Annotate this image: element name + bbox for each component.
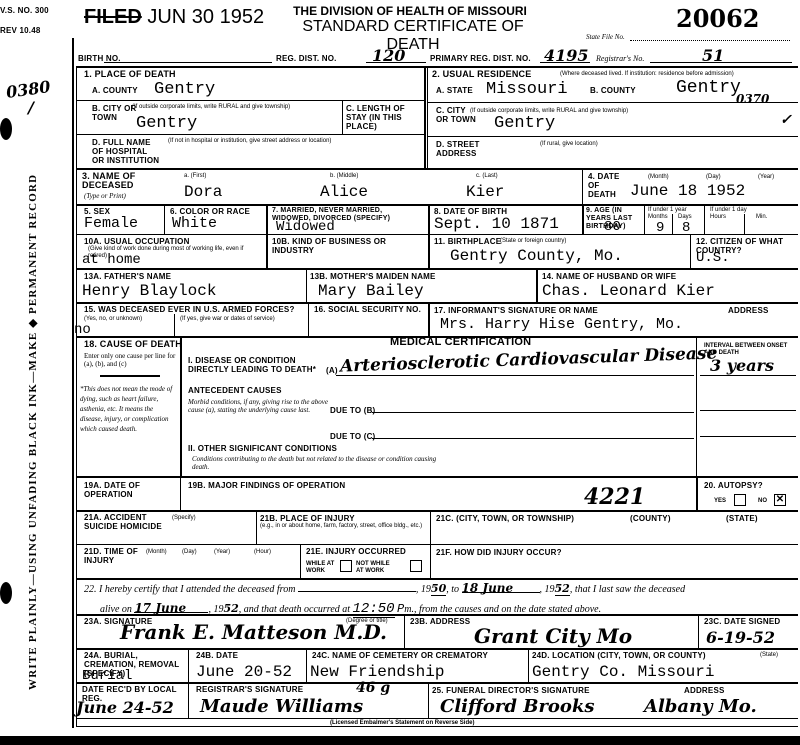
operation-date-label: 19a. DATE OF OPERATION [84,481,174,499]
burial-date-value: June 20-52 [196,664,292,680]
cert-to-year: 52 [555,582,570,596]
residence-street-note: (If rural, give location) [540,141,598,148]
death-county-value: Gentry [154,82,215,98]
cert-to-century: 19 [545,584,555,595]
cert-text-1: 22. I hereby certify that I attended the… [84,584,295,595]
cert-alive-on: 17 June [134,604,208,613]
institution-note: (If not in hospital or institution, give… [168,138,418,145]
father-name-value: Henry Blaylock [82,283,216,299]
date-of-death-label: 4. DATE OF DEATH [588,172,628,199]
business-label: 10b. KIND OF BUSINESS OR INDUSTRY [272,237,422,255]
line-a-label: (a) [326,366,338,375]
registrar-code: 46 g [356,680,390,696]
citizenship-value: U.S. [696,250,730,266]
punch-hole [0,118,12,140]
filed-stamp: FILED JUN 30 1952 [84,6,264,29]
antecedent-note: Morbid conditions, if any, giving rise t… [188,398,328,414]
spouse-name-value: Chas. Leonard Kier [542,283,715,299]
birthplace-value: Gentry County, Mo. [450,248,623,264]
injury-place-note: (e.g., in or about home, farm, factory, … [260,523,430,530]
dod-month-label: (Month) [648,174,669,181]
injury-place-label: 21b. PLACE OF INJURY [260,514,355,523]
medical-certification-title: MEDICAL CERTIFICATION [390,338,531,347]
under-one-day-label: If under 1 day [710,207,747,214]
date-received-value: June 24-52 [76,698,174,717]
date-of-death-value: June 18 1952 [630,183,745,199]
injury-type-label: 21a. ACCIDENT SUICIDE HOMICIDE [84,513,164,531]
autopsy-yes-checkbox[interactable] [734,494,746,506]
not-at-work-checkbox[interactable] [410,560,422,572]
first-name-value: Dora [184,184,222,200]
antecedent-label: ANTECEDENT CAUSES [188,386,282,395]
filed-date: JUN 30 1952 [147,6,264,28]
institution-label: d. FULL NAME OF HOSPITAL OR INSTITUTION [92,138,162,165]
sex-value: Female [84,216,138,232]
at-work-checkbox[interactable] [340,560,352,572]
marital-status-value: Widowed [276,219,335,235]
residence-heading-note: (Where deceased lived. If institution: r… [560,71,796,78]
funeral-director-signature: Clifford Brooks [440,696,595,717]
stay-length-label: c. LENGTH OF STAY (in this place) [346,104,422,131]
autopsy-label: 20. AUTOPSY? [704,481,763,490]
informant-address-label: ADDRESS [728,306,769,315]
middle-name-label: b. (Middle) [330,173,358,180]
not-at-work-label: NOT WHILE AT WORK [356,561,394,575]
registrar-signature-label: REGISTRAR'S SIGNATURE [196,685,303,694]
operation-findings-label: 19b. MAJOR FINDINGS OF OPERATION [188,481,345,490]
spouse-name-label: 14. NAME OF HUSBAND OR WIFE [542,272,676,281]
mother-name-value: Mary Bailey [318,283,424,299]
degree-label: (Degree or title) [346,618,388,625]
margin-tick: / [28,98,34,117]
other-conditions-note: Conditions contributing to the death but… [192,455,452,471]
certificate-number: 20062 [676,4,760,33]
place-of-death-heading: 1. PLACE OF DEATH [84,70,176,79]
last-name-label: c. (Last) [476,173,498,180]
occupation-label: 10a. USUAL OCCUPATION [84,237,190,246]
hours-label: Hours [710,214,726,221]
margin-instructions: WRITE PLAINLY—USING UNFADING BLACK INK—M… [26,174,39,690]
residence-state-value: Missouri [486,82,568,98]
residence-county-code: 0370 [736,92,769,106]
agency-name: THE DIVISION OF HEALTH OF MISSOURI [290,4,530,18]
death-city-value: Gentry [136,116,197,132]
injury-city-label: 21c. (CITY, TOWN, OR TOWNSHIP) [436,514,574,523]
armed-forces-note-1: (Yes, no, or unknown) [84,316,142,323]
state-file-label: State File No. [586,33,625,41]
mother-name-label: 13b. MOTHER'S MAIDEN NAME [310,272,436,281]
informant-label: 17. INFORMANT'S SIGNATURE OR NAME [434,306,598,315]
birthplace-label: 11. BIRTHPLACE [434,237,501,246]
primary-reg-label: PRIMARY REG. DIST. NO. [430,54,531,63]
date-signed-value: 6-19-52 [706,628,775,647]
injury-specify-label: (Specify) [172,515,196,522]
armed-forces-label: 15. WAS DECEASED EVER IN U.S. ARMED FORC… [84,305,295,314]
physician-address-label: 23b. ADDRESS [410,617,470,626]
informant-value: Mrs. Harry Hise Gentry, Mo. [440,317,683,333]
injury-month-label: (Month) [146,549,167,556]
injury-state-label: (STATE) [726,514,758,523]
last-name-value: Kier [466,184,504,200]
injury-time-label: 21d. TIME OF INJURY [84,547,144,565]
embalmer-note: (Licensed Embalmer's Statement on Revers… [330,720,474,727]
death-county-label: a. COUNTY [92,86,138,95]
under-one-year-label: If under 1 year [648,207,687,214]
injury-day-label: (Day) [182,549,197,556]
registrar-signature: Maude Williams [200,696,363,717]
injury-hour-label: (Hour) [254,549,271,556]
cert-text-2: that I last saw the deceased [575,584,685,595]
cert-to-date: 18 June [462,584,540,593]
residence-county-label: b. COUNTY [590,86,636,95]
residence-state-label: a. STATE [436,86,473,95]
cemetery-value: New Friendship [310,664,444,680]
date-of-birth-value: Sept. 10 1871 [434,216,559,232]
first-name-label: a. (First) [184,173,206,180]
registrar-no-label: Registrar's No. [596,55,644,63]
burial-location-label: 24d. LOCATION (City, town, or county) [532,651,706,660]
other-conditions-label: II. OTHER SIGNIFICANT CONDITIONS [188,444,337,453]
autopsy-no-checkbox[interactable]: ✕ [774,494,786,506]
burial-date-label: 24b. DATE [196,651,238,660]
minutes-label: Min. [756,214,767,221]
dod-day-label: (Day) [706,174,721,181]
cause-instructions: Enter only one cause per line for (a), (… [84,352,176,368]
injury-year-label: (Year) [214,549,230,556]
death-city-note: (If outside corporate limits, write RURA… [132,104,332,111]
deceased-name-label: 3. NAME OF DECEASED [82,172,152,190]
father-name-label: 13a. FATHER'S NAME [84,272,171,281]
residence-city-value: Gentry [494,116,555,132]
injury-how-label: 21f. HOW DID INJURY OCCUR? [436,548,562,557]
race-value: White [172,216,217,232]
funeral-address-label: ADDRESS [684,686,725,695]
physician-address: Grant City Mo [474,624,632,648]
cause-footnote: *This does not mean the mode of dying, s… [80,384,176,434]
scan-border [0,736,800,745]
residence-street-label: d. STREET ADDRESS [436,140,486,158]
armed-forces-note-2: (If yes, give war or dates of service) [180,316,275,323]
form-number: V.S. No. 300 [0,6,49,15]
funeral-director-label: 25. FUNERAL DIRECTOR'S SIGNATURE [432,686,590,695]
residence-check-mark: ✓ [780,112,792,128]
dod-year-label: (Year) [758,174,774,181]
middle-name-value: Alice [320,184,368,200]
injury-county-label: (COUNTY) [630,514,671,523]
residence-heading: 2. USUAL RESIDENCE [432,70,531,79]
social-security-label: 16. SOCIAL SECURITY NO. [314,305,424,314]
birthplace-note: (State or foreign country) [500,238,566,245]
burial-location-state-label: (State) [760,652,778,659]
cert-to-label: to [451,584,459,595]
injury-occurred-label: 21e. INJURY OCCURRED [306,547,406,556]
cert-from-year: 50 [431,582,446,596]
age-years-value: 80 [604,219,621,235]
deceased-name-note: (Type or Print) [84,192,126,200]
form-revision: REV 10.48 [0,26,41,35]
residence-county-value: Gentry [676,80,741,96]
cause-of-death-label: 18. CAUSE OF DEATH [84,340,182,349]
filed-stamp-label: FILED [84,6,142,28]
due-to-b-label: DUE TO (b) [330,406,375,415]
certification-line-1: 22. I hereby certify that I attended the… [84,584,796,594]
autopsy-yes-label: YES [714,498,726,505]
cert-from-century: 19 [421,584,431,595]
interval-label: INTERVAL BETWEEN ONSET AND DEATH [704,343,794,357]
burial-location-value: Gentry Co. Missouri [532,664,714,680]
disease-label: I. DISEASE OR CONDITION DIRECTLY LEADING… [188,356,328,374]
cemetery-label: 24c. NAME OF CEMETERY OR CREMATORY [312,651,488,660]
reg-dist-label: REG. DIST. NO. [276,54,337,63]
autopsy-no-label: NO [758,498,767,505]
due-to-c-label: DUE TO (c) [330,432,375,441]
cause-a-value: Arteriosclerotic Cardiovascular Disease [340,343,718,376]
document-title: STANDARD CERTIFICATE OF DEATH [278,18,548,54]
at-work-label: WHILE AT WORK [306,561,338,575]
occupation-value: at home [82,252,141,268]
punch-hole [0,582,12,604]
record-code: 4221 [584,484,645,510]
interval-a-value: 3 years [710,356,774,375]
date-signed-label: 23c. DATE SIGNED [704,617,780,626]
funeral-director-address: Albany Mo. [644,696,757,717]
